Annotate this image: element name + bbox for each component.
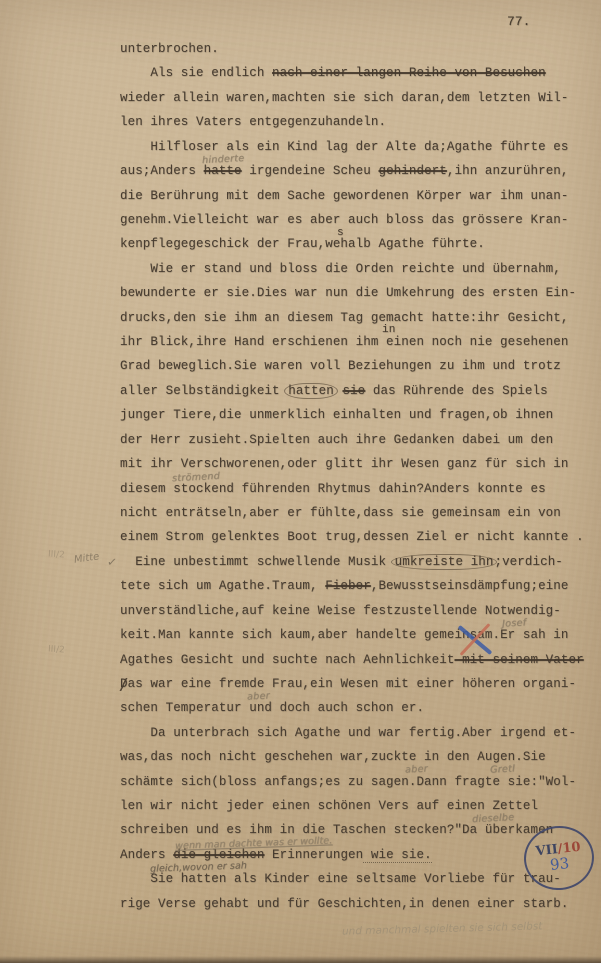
typed-line: Das war eine fremde Frau,ein Wesen mit e… [120, 677, 576, 701]
struck-text: sie [342, 384, 365, 398]
typed-line: der Herr zusieht.Spielten auch ihre Geda… [120, 433, 553, 457]
typed-line: Anders die gleichen Erinnerungen wie sie… [120, 848, 432, 872]
pencil-annotation: strömend [172, 470, 220, 483]
typed-text: keit.Man kannte sich kaum,aber handelte … [120, 628, 500, 642]
typed-text: Da unterbrach sich Agathe und war fertig… [120, 726, 576, 740]
insertion-caret-mark: ✓ [106, 555, 117, 570]
typed-text: len ihres Vaters entgegenzuhandeln. [120, 115, 386, 129]
pencil-annotation: Gretl [490, 763, 516, 775]
typed-line: einem Strom gelenktes Boot trug,dessen Z… [120, 530, 584, 554]
typed-text: Wie er stand und bloss die Orden reichte… [120, 262, 561, 276]
struck-text: hatte [204, 164, 242, 178]
typed-line: len ihres Vaters entgegenzuhandeln. [120, 115, 386, 139]
typed-text: Er sah in [500, 628, 568, 642]
typed-insertion: in [382, 324, 395, 336]
struck-text: nach einer langen Reihe von Besuchen [272, 66, 546, 80]
typed-line: keit.Man kannte sich kaum,aber handelte … [120, 628, 568, 652]
typed-line: schämte sich(bloss anfangs;es zu sagen.D… [120, 775, 576, 799]
typed-line: wieder allein waren,machten sie sich dar… [120, 91, 568, 115]
margin-mark-upper: III/2 [48, 549, 65, 560]
typed-text: schreiben und es ihm in die Taschen stec… [120, 823, 553, 837]
typed-text: einem Strom gelenktes Boot trug,dessen Z… [120, 530, 584, 544]
typed-line: Sie hatten als Kinder eine seltsame Vorl… [120, 872, 561, 896]
typed-text: das Rührende des Spiels [365, 384, 547, 398]
typed-text: ,Bewusstseinsdämpfung;eine [371, 579, 569, 593]
typed-text: schen Temperatur und doch auch schon er. [120, 701, 424, 715]
typed-text: wieder allein waren,machten sie sich dar… [120, 91, 568, 105]
typed-line: aller Selbständigkeit hatten sie das Rüh… [120, 384, 548, 408]
typed-text: Agathes Gesicht und suchte nach Aehnlich… [120, 653, 454, 667]
typed-text: Als sie endlich [120, 66, 272, 80]
typed-text: genehm.Vielleicht war es aber auch bloss… [120, 213, 568, 227]
typed-line: rige Verse gehabt und für Geschichten,in… [120, 897, 568, 921]
typed-insertion: s [337, 227, 344, 239]
typed-line: die Berührung mit dem Sache gewordenen K… [120, 189, 568, 213]
typed-text: aus;Anders [120, 164, 204, 178]
typed-text: nicht enträtseln,aber er fühlte,dass sie… [120, 506, 561, 520]
slashed-letter: D [120, 677, 128, 691]
typed-line: schen Temperatur und doch auch schon er.… [120, 701, 424, 725]
typed-text: junger Tiere,die unmerklich einhalten un… [120, 408, 553, 422]
pencil-annotation: Josef [502, 617, 527, 629]
typed-text: Hilfloser als ein Kind lag der Alte da;A… [120, 140, 568, 154]
typed-line: drucks,den sie ihm an diesem Tag gemacht… [120, 311, 568, 335]
typed-line: Als sie endlich nach einer langen Reihe … [120, 66, 546, 90]
circled-text: hatten [284, 383, 338, 399]
pencil-annotation: aber [405, 763, 428, 775]
typed-text: mit ihr Verschworenen,oder glitt ihr Wes… [120, 457, 568, 471]
typed-text: bewunderte er sie.Dies war nun die Umkeh… [120, 286, 576, 300]
typed-text: was,das noch nicht geschehen war,zuckte … [120, 750, 546, 764]
typed-text: schämte sich(bloss anfangs;es zu sagen.D… [120, 775, 576, 789]
typed-text: tete sich um Agathe.Traum, [120, 579, 325, 593]
typed-text: unterbrochen. [120, 42, 219, 56]
typed-text: as war eine fremde Frau,ein Wesen mit ei… [128, 677, 576, 691]
typed-text: unverständliche,auf keine Weise festzust… [120, 604, 561, 618]
manuscript-page: { "page_number": "77.", "colors": { "pap… [0, 0, 601, 963]
margin-mark-lower: III/2 [48, 644, 65, 655]
typed-text: Sie hatten als Kinder eine seltsame Vorl… [120, 872, 561, 886]
struck-text: gehindert [378, 164, 446, 178]
typed-text: Anders [120, 848, 173, 862]
typed-text: der Herr zusieht.Spielten auch ihre Geda… [120, 433, 553, 447]
typed-line: kenpflegegeschick der Frau,wehalb Agathe… [120, 237, 485, 261]
typed-text: ;verdich- [494, 555, 562, 569]
typed-line: nicht enträtseln,aber er fühlte,dass sie… [120, 506, 561, 530]
struck-text: Fieber [325, 579, 371, 593]
typed-line: ihr Blick,ihre Hand erschienen ihm einen… [120, 335, 568, 359]
typed-line: Agathes Gesicht und suchte nach Aehnlich… [120, 653, 584, 677]
pencil-annotation: hinderte [202, 153, 245, 166]
typed-line: Eine unbestimmt schwellende Musik umkrei… [120, 555, 563, 579]
typed-line: unterbrochen. [120, 42, 219, 66]
typed-line: bewunderte er sie.Dies war nun die Umkeh… [120, 286, 576, 310]
typed-line: Da unterbrach sich Agathe und war fertig… [120, 726, 576, 750]
typed-text: aller Selbständigkeit [120, 384, 287, 398]
typed-text: Eine unbestimmt schwellende Musik [120, 555, 394, 569]
scan-edge [0, 956, 601, 963]
typed-line: diesem stockend führenden Rhytmus dahin?… [120, 482, 546, 506]
typed-text: drucks,den sie ihm an diesem Tag gemacht… [120, 311, 568, 325]
typed-text: die Berührung mit dem Sache gewordenen K… [120, 189, 568, 203]
pencil-annotation: aber [247, 691, 270, 703]
typed-text: ihr Blick,ihre Hand erschienen ihm einen… [120, 335, 568, 349]
typed-line: Grad beweglich.Sie waren voll Beziehunge… [120, 359, 561, 383]
circled-text: umkreiste ihn [391, 554, 498, 570]
typed-text: irgendeine Scheu [242, 164, 379, 178]
typed-line: genehm.Vielleicht war es aber auch bloss… [120, 213, 568, 237]
stamp-page-number: 93 [549, 856, 570, 874]
typed-text: ,ihn anzurühren, [447, 164, 569, 178]
typed-text: len wir nicht jeder einen schönen Vers a… [120, 799, 538, 813]
typed-line: Hilfloser als ein Kind lag der Alte da;A… [120, 140, 568, 164]
typed-text: Grad beweglich.Sie waren voll Beziehunge… [120, 359, 561, 373]
typed-line: Wie er stand und bloss die Orden reichte… [120, 262, 561, 286]
deletion-x-mark [452, 617, 498, 663]
typed-line: was,das noch nicht geschehen war,zuckte … [120, 750, 546, 774]
typed-text: rige Verse gehabt und für Geschichten,in… [120, 897, 568, 911]
typed-text: wie sie. [363, 848, 431, 863]
typed-text: Erinnerungen [264, 848, 363, 862]
page-number: 77. [507, 14, 530, 29]
typed-text: kenpflegegeschick der Frau,wehalb Agathe… [120, 237, 485, 251]
typed-line: junger Tiere,die unmerklich einhalten un… [120, 408, 553, 432]
typed-line: aus;Anders hatte irgendeine Scheu gehind… [120, 164, 569, 188]
typed-line: tete sich um Agathe.Traum, Fieber,Bewuss… [120, 579, 568, 603]
